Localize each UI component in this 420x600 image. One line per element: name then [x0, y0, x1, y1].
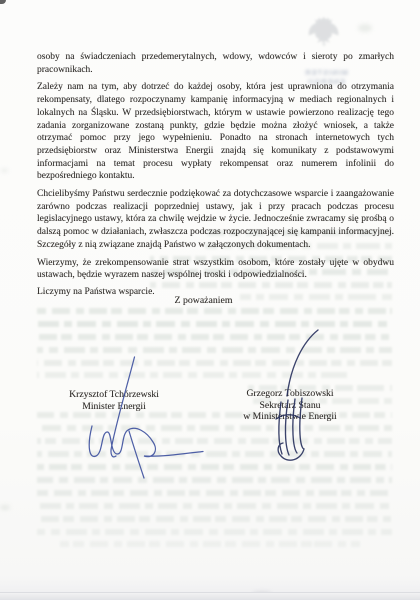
bleed-through-row	[37, 477, 392, 483]
scan-page-edge	[0, 592, 420, 600]
signatory-title: Minister Energii	[58, 401, 170, 413]
bleed-through-row	[37, 360, 392, 366]
paragraph-4: Wierzymy, że zrekompensowanie strat wszy…	[37, 257, 394, 282]
bleed-through-row	[37, 529, 392, 535]
closing-salutation: Z poważaniem	[25, 295, 382, 306]
signatory-name: Grzegorz Tobiszowski	[223, 388, 357, 400]
bleed-through-row	[60, 541, 360, 547]
paragraph-2: Zależy nam na tym, aby dotrzeć do każdej…	[37, 81, 394, 183]
bleed-through-row	[37, 372, 347, 378]
bleed-through-row	[37, 451, 392, 457]
paragraph-1: osoby na świadczeniach przedemerytalnych…	[37, 51, 394, 76]
signatory-title-2: w Ministerstwie Energii	[223, 411, 357, 423]
bleed-through-row	[37, 334, 392, 340]
bleed-through-row	[37, 516, 392, 522]
bleed-through-row	[37, 464, 392, 470]
bleed-through-row	[37, 438, 392, 444]
signatory-name: Krzysztof Tchórzewski	[58, 389, 170, 401]
bleed-through-row	[37, 321, 392, 327]
signatory-block-minister: Krzysztof Tchórzewski Minister Energii	[58, 389, 170, 412]
bleed-through-row	[37, 425, 392, 431]
bleed-through-row	[37, 347, 392, 353]
scan-corner-artifact	[0, 0, 6, 4]
bleed-through-row	[37, 490, 392, 496]
bleed-through-row	[37, 308, 392, 314]
scan-smudge	[358, 24, 372, 32]
paragraph-3: Chcielibyśmy Państwu serdecznie podzięko…	[37, 188, 394, 252]
bleed-through-row	[37, 503, 392, 509]
letter-body: osoby na świadczeniach przedemerytalnych…	[37, 0, 394, 304]
signatory-title: Sekretarz Stanu	[223, 400, 357, 412]
scanned-letter-page: { "letter": { "paragraphs": [ "osoby na …	[0, 0, 420, 600]
scan-smudge	[0, 505, 10, 510]
signatory-block-secretary: Grzegorz Tobiszowski Sekretarz Stanu w M…	[223, 388, 357, 423]
scan-smudge	[1, 169, 8, 172]
